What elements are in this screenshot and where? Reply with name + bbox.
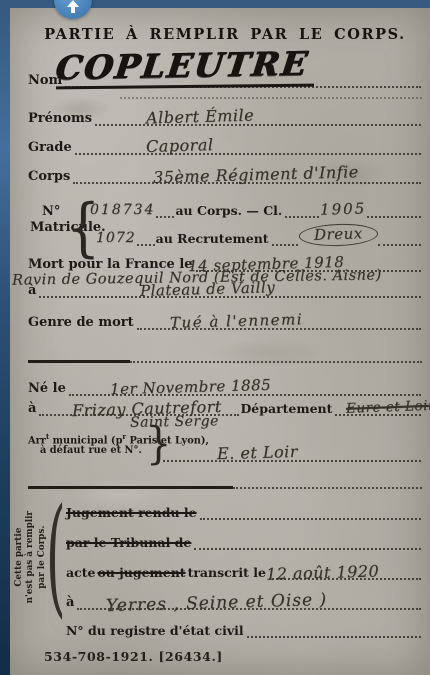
jugement-row: Jugement rendu le	[66, 502, 422, 520]
leader-line	[120, 96, 422, 99]
prenoms-label: Prénoms	[28, 111, 94, 126]
nom-value: COPLEUTRE	[53, 44, 310, 87]
transcrit-le-label: transcrit le	[188, 565, 268, 580]
matricule-corps-number: 018734	[90, 202, 155, 218]
grade-row: Grade Caporal	[28, 137, 422, 155]
arrow-up-icon	[67, 0, 79, 13]
tribunal-label: par le Tribunal de	[66, 535, 193, 550]
au-recrutement-label: au Recrutement	[156, 231, 271, 246]
recrutement-place-value: Dreux	[298, 223, 377, 248]
ou-jugement-crossed-label: ou jugement	[97, 565, 187, 580]
transcrit-lieu-value: Yerres , Seine et Oise )	[106, 590, 328, 616]
leader-line	[95, 123, 421, 126]
leader-line	[367, 215, 421, 218]
leader-line	[75, 152, 421, 155]
a-label: à	[66, 595, 76, 610]
matricule-recrutement-number: 1072	[96, 230, 136, 246]
genre-de-mort-value: Tué à l'ennemi	[170, 310, 303, 332]
corps-row: Corps 35ème Régiment d'Infie	[28, 166, 422, 184]
viewer-background: PARTIE À REMPLIR PAR LE CORPS. Nom COPLE…	[0, 0, 430, 675]
hameau-value: Saint Serge	[130, 413, 219, 431]
registre-row: N° du registre d'état civil	[66, 620, 422, 638]
arr-defaut-label: à défaut rue et N°.	[40, 445, 142, 456]
corps-label: Corps	[28, 169, 72, 184]
matricule-no-label: N°	[42, 204, 60, 219]
departement-value: E. et Loir	[217, 442, 298, 463]
prenoms-row: Prénoms Albert Émile	[28, 108, 422, 126]
departement-label: Département	[240, 401, 334, 416]
classe-value: 1905	[320, 199, 367, 218]
paper-stain	[210, 338, 330, 368]
genre-de-mort-row: Genre de mort Tué à l'ennemi	[28, 312, 422, 330]
grade-label: Grade	[28, 140, 74, 155]
acte-label: acte	[66, 565, 97, 580]
a-label: à	[28, 283, 38, 298]
leader-line	[156, 215, 174, 218]
a-label: à	[28, 401, 38, 416]
transcrit-lieu-row: à Yerres , Seine et Oise )	[66, 592, 422, 610]
registre-label: N° du registre d'état civil	[66, 623, 246, 638]
ne-le-row: Né le 1er Novembre 1885	[28, 378, 422, 396]
naissance-lieu-row: à Département Frizay Cautrefort Eure et …	[28, 398, 422, 416]
leader-line	[200, 517, 421, 520]
tribunal-row: par le Tribunal de	[66, 532, 422, 550]
side-note: Cette partie n'est pas à remplir par le …	[14, 482, 48, 632]
leader-line	[378, 243, 421, 246]
section-divider	[28, 485, 422, 489]
grade-value: Caporal	[146, 135, 214, 156]
brace-bottom-icon: (	[46, 494, 66, 623]
au-corps-label: au Corps. — Cl.	[175, 203, 284, 218]
prenoms-value: Albert Émile	[146, 105, 255, 127]
genre-de-mort-label: Genre de mort	[28, 315, 136, 330]
leader-line	[247, 635, 421, 638]
departement-row: E. et Loir	[162, 444, 422, 462]
departement-crossed-value: Eure et Loir ,	[346, 397, 430, 416]
transcrit-date-value: 12 août 1920	[266, 561, 380, 583]
leader-line	[285, 215, 319, 218]
ne-le-label: Né le	[28, 381, 68, 396]
print-reference: 534-708-1921. [26434.]	[44, 649, 223, 664]
mort-lieu-row: à Plateau de Vailly	[28, 280, 422, 298]
leader-line	[194, 547, 421, 550]
leader-line	[272, 243, 298, 246]
jugement-rendu-label: Jugement rendu le	[66, 505, 199, 520]
form-header: PARTIE À REMPLIR PAR LE CORPS.	[40, 26, 410, 43]
acte-transcrit-row: acte ou jugement transcrit le 12 août 19…	[66, 562, 422, 580]
record-card: PARTIE À REMPLIR PAR LE CORPS. Nom COPLE…	[10, 8, 430, 675]
matricule-recrutement-row: 1072 au Recrutement Dreux	[96, 228, 422, 246]
matricule-corps-row: 018734 au Corps. — Cl. 1905	[90, 200, 422, 218]
leader-line	[137, 243, 155, 246]
mort-lieu-value: Plateau de Vailly	[140, 278, 276, 300]
section-divider	[28, 359, 422, 363]
